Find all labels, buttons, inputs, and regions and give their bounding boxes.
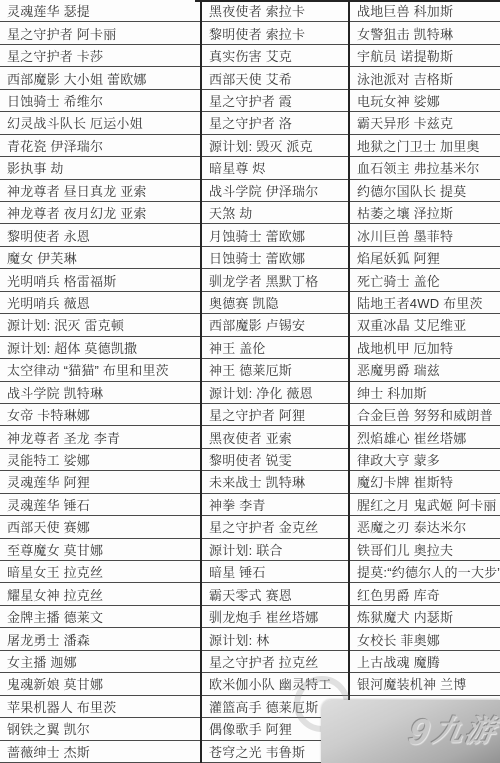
skin-name-cell: 蔷薇绅士 杰斯: [0, 741, 200, 763]
skin-name-text: 霸天零式 赛恩: [209, 585, 292, 604]
skin-name-cell: 太空律动 “猫猫” 布里和里茨: [0, 359, 200, 381]
skin-name-cell: 源计划: 净化 薇恩: [202, 382, 348, 404]
skin-name-text: 日蚀骑士 蕾欧娜: [209, 248, 305, 267]
skin-name-cell: 霸天异形 卡兹克: [350, 112, 500, 134]
skin-name-text: 女校长 菲奥娜: [357, 630, 440, 649]
skin-name-cell: 宇航员 诺提勒斯: [350, 45, 500, 67]
skin-name-text: 死亡骑士 盖伦: [357, 271, 440, 290]
skin-name-text: 电玩女神 娑娜: [357, 91, 440, 110]
skin-name-text: 天煞 劫: [209, 203, 252, 222]
skin-name-text: 神王 德莱厄斯: [209, 360, 292, 379]
skin-name-text: 血石领主 弗拉基米尔: [357, 158, 480, 177]
skin-name-text: 神龙尊者 圣龙 李青: [7, 428, 120, 447]
skin-name-cell: 源计划: 超体 莫德凯撒: [0, 337, 200, 359]
skin-name-cell: 西部魔影 大小姐 蕾欧娜: [0, 67, 200, 89]
skin-name-cell: 光明哨兵 薇恩: [0, 292, 200, 314]
skin-column-middle: 黑夜使者 索拉卡黎明使者 索拉卡真实伤害 艾克西部天使 艾希星之守护者 霞星之守…: [200, 0, 348, 763]
skin-name-text: 鬼魂新娘 莫甘娜: [7, 674, 103, 693]
skin-name-cell: 恶魔男爵 瑞兹: [350, 359, 500, 381]
skin-name-cell: 暗星女王 拉克丝: [0, 561, 200, 583]
skin-name-text: 星之守护者 拉克丝: [209, 652, 318, 671]
skin-name-cell: 提莫:“约德尔人的一大步”: [350, 561, 500, 583]
skin-name-text: 绅士 科加斯: [357, 383, 427, 402]
skin-name-text: 黎明使者 永恩: [7, 226, 90, 245]
skin-name-text: 黑夜使者 索拉卡: [209, 1, 305, 20]
skin-name-cell: 神龙尊者 夜月幻龙 亚索: [0, 202, 200, 224]
skin-name-cell: 苹果机器人 布里茨: [0, 696, 200, 718]
skin-name-cell: 冰川巨兽 墨菲特: [350, 224, 500, 246]
skin-name-text: 蔷薇绅士 杰斯: [7, 742, 90, 761]
skin-name-cell: 女警狙击 凯特琳: [350, 22, 500, 44]
skin-name-text: 陆地王者4WD 布里茨: [357, 293, 483, 312]
skin-name-cell: 合金巨兽 努努和威朗普: [350, 404, 500, 426]
skin-name-cell: 炼狱魔犬 内瑟斯: [350, 606, 500, 628]
skin-name-cell: 黎明使者 锐雯: [202, 449, 348, 471]
skin-name-text: 日蚀骑士 希维尔: [7, 91, 103, 110]
skin-name-text: 黎明使者 索拉卡: [209, 24, 305, 43]
skin-name-cell: 魔幻卡牌 崔斯特: [350, 471, 500, 493]
skin-name-text: 女主播 迦娜: [7, 652, 77, 671]
skin-name-cell: 金牌主播 德莱文: [0, 606, 200, 628]
skin-name-cell: 西部天使 艾希: [202, 67, 348, 89]
skin-name-text: 光明哨兵 格雷福斯: [7, 271, 116, 290]
skin-list-screenshot: 灵魂莲华 瑟提星之守护者 阿卡丽星之守护者 卡莎西部魔影 大小姐 蕾欧娜日蚀骑士…: [0, 0, 500, 763]
skin-name-text: 星之守护者 洛: [209, 113, 292, 132]
skin-name-cell: 神龙尊者 圣龙 李青: [0, 426, 200, 448]
skin-name-cell: 地狱之门卫士 加里奥: [350, 135, 500, 157]
skin-name-cell: 暗星尊 烬: [202, 157, 348, 179]
skin-name-text: 灵魂莲华 瑟提: [7, 1, 90, 20]
skin-name-cell: 腥红之月 鬼武姬 阿卡丽: [350, 494, 500, 516]
skin-name-text: 战斗学院 伊泽瑞尔: [209, 181, 318, 200]
skin-name-text: 驯龙炮手 崔丝塔娜: [209, 607, 318, 626]
skin-name-cell: 神王 盖伦: [202, 337, 348, 359]
skin-name-text: 暗星 锤石: [209, 562, 266, 581]
skin-name-cell: 霸天零式 赛恩: [202, 583, 348, 605]
skin-name-text: 奥德赛 凯隐: [209, 293, 279, 312]
skin-name-text: 源计划: 超体 莫德凯撒: [7, 338, 137, 357]
skin-name-text: 泳池派对 吉格斯: [357, 69, 453, 88]
skin-name-cell: 青花瓷 伊泽瑞尔: [0, 135, 200, 157]
skin-name-cell: 星之守护者 拉克丝: [202, 651, 348, 673]
skin-name-cell: 陆地王者4WD 布里茨: [350, 292, 500, 314]
skin-column-left: 灵魂莲华 瑟提星之守护者 阿卡丽星之守护者 卡莎西部魔影 大小姐 蕾欧娜日蚀骑士…: [0, 0, 200, 763]
skin-name-cell: 日蚀骑士 蕾欧娜: [202, 247, 348, 269]
skin-name-text: 金牌主播 德莱文: [7, 607, 103, 626]
skin-name-cell: 源计划: 毁灭 派克: [202, 135, 348, 157]
skin-name-text: 屠龙勇士 潘森: [7, 630, 90, 649]
skin-name-cell: 电玩女神 娑娜: [350, 90, 500, 112]
skin-name-text: 暗星尊 烬: [209, 158, 266, 177]
skin-name-text: 恶魔男爵 瑞兹: [357, 360, 440, 379]
skin-name-text: 焰尾妖狐 阿狸: [357, 248, 440, 267]
skin-name-text: 源计划: 净化 薇恩: [209, 383, 313, 402]
skin-name-text: 暗星女王 拉克丝: [7, 562, 103, 581]
skin-name-text: 神拳 李青: [209, 495, 266, 514]
skin-name-cell: 耀星女神 拉克丝: [0, 583, 200, 605]
skin-name-cell: 焰尾妖狐 阿狸: [350, 247, 500, 269]
skin-name-cell: 枯萎之壤 泽拉斯: [350, 202, 500, 224]
skin-name-text: 枯萎之壤 泽拉斯: [357, 203, 453, 222]
skin-name-cell: 女帝 卡特琳娜: [0, 404, 200, 426]
skin-name-cell: 钢铁之翼 凯尔: [0, 718, 200, 740]
skin-name-cell: 灵魂莲华 瑟提: [0, 0, 200, 22]
skin-name-text: 神龙尊者 夜月幻龙 亚索: [7, 203, 147, 222]
skin-name-cell: 死亡骑士 盖伦: [350, 269, 500, 291]
skin-name-text: 灵魂莲华 锤石: [7, 495, 90, 514]
skin-name-text: 灵能特工 娑娜: [7, 450, 90, 469]
skin-name-cell: 源计划: 林: [202, 628, 348, 650]
skin-name-text: 上古战魂 魔腾: [357, 652, 440, 671]
skin-name-cell: 绅士 科加斯: [350, 382, 500, 404]
skin-name-cell: 血石领主 弗拉基米尔: [350, 157, 500, 179]
skin-name-cell: 神王 德莱厄斯: [202, 359, 348, 381]
skin-name-text: 影执事 劫: [7, 158, 64, 177]
skin-name-text: 炼狱魔犬 内瑟斯: [357, 607, 453, 626]
skin-name-text: 战地巨兽 科加斯: [357, 1, 453, 20]
skin-name-cell: 日蚀骑士 希维尔: [0, 90, 200, 112]
skin-name-text: 战地机甲 厄加特: [357, 338, 453, 357]
skin-table: 灵魂莲华 瑟提星之守护者 阿卡丽星之守护者 卡莎西部魔影 大小姐 蕾欧娜日蚀骑士…: [0, 0, 500, 763]
skin-name-text: 幻灵战斗队长 厄运小姐: [7, 113, 143, 132]
skin-name-cell: 屠龙勇士 潘森: [0, 628, 200, 650]
skin-name-text: 耀星女神 拉克丝: [7, 585, 103, 604]
skin-name-cell: 灵魂莲华 阿狸: [0, 471, 200, 493]
skin-name-text: 星之守护者 金克丝: [209, 517, 318, 536]
skin-name-cell: 灵能特工 娑娜: [0, 449, 200, 471]
skin-name-cell: 恶魔之刃 泰达米尔: [350, 516, 500, 538]
skin-name-cell: 黑夜使者 亚索: [202, 426, 348, 448]
skin-name-cell: 铁哥们儿 奥拉夫: [350, 539, 500, 561]
9game-logo-mark: 9: [406, 714, 432, 750]
skin-name-text: 腥红之月 鬼武姬 阿卡丽: [357, 495, 497, 514]
skin-name-cell: 上古战魂 魔腾: [350, 651, 500, 673]
skin-name-cell: 星之守护者 霞: [202, 90, 348, 112]
skin-name-cell: 女主播 迦娜: [0, 651, 200, 673]
skin-name-cell: 光明哨兵 格雷福斯: [0, 269, 200, 291]
skin-name-cell: 星之守护者 洛: [202, 112, 348, 134]
9game-logo-text: 九游: [430, 717, 499, 747]
skin-name-cell: 泳池派对 吉格斯: [350, 67, 500, 89]
skin-name-text: 银河魔装机神 兰博: [357, 674, 466, 693]
skin-name-cell: 幻灵战斗队长 厄运小姐: [0, 112, 200, 134]
skin-name-text: 双重冰晶 艾尼维亚: [357, 315, 466, 334]
skin-name-text: 苍穹之光 韦鲁斯: [209, 742, 305, 761]
skin-name-cell: 神拳 李青: [202, 494, 348, 516]
skin-name-cell: 奥德赛 凯隐: [202, 292, 348, 314]
skin-name-text: 恶魔之刃 泰达米尔: [357, 517, 466, 536]
skin-name-cell: 魔女 伊芙琳: [0, 247, 200, 269]
skin-name-text: 真实伤害 艾克: [209, 46, 292, 65]
skin-name-text: 源计划: 泯灭 雷克顿: [7, 315, 124, 334]
skin-name-text: 光明哨兵 薇恩: [7, 293, 90, 312]
skin-name-text: 提莫:“约德尔人的一大步”: [357, 562, 500, 581]
skin-name-cell: 律政大亨 蒙多: [350, 449, 500, 471]
skin-name-text: 西部魔影 大小姐 蕾欧娜: [7, 69, 147, 88]
skin-name-text: 宇航员 诺提勒斯: [357, 46, 453, 65]
skin-name-text: 女帝 卡特琳娜: [7, 405, 90, 424]
skin-name-cell: 战地巨兽 科加斯: [350, 0, 500, 22]
skin-name-text: 至尊魔女 莫甘娜: [7, 540, 103, 559]
skin-name-text: 星之守护者 阿卡丽: [7, 24, 116, 43]
skin-name-text: 铁哥们儿 奥拉夫: [357, 540, 453, 559]
skin-name-cell: 星之守护者 阿卡丽: [0, 22, 200, 44]
skin-name-cell: 至尊魔女 莫甘娜: [0, 539, 200, 561]
skin-name-cell: 战斗学院 凯特琳: [0, 382, 200, 404]
skin-name-text: 未来战士 凯特琳: [209, 472, 305, 491]
skin-name-cell: 暗星 锤石: [202, 561, 348, 583]
skin-name-text: 太空律动 “猫猫” 布里和里茨: [7, 360, 169, 379]
skin-name-text: 黑夜使者 亚索: [209, 428, 292, 447]
skin-name-cell: 红色男爵 库奇: [350, 583, 500, 605]
skin-name-text: 源计划: 林: [209, 630, 269, 649]
skin-name-text: 合金巨兽 努努和威朗普: [357, 405, 493, 424]
skin-name-text: 霸天异形 卡兹克: [357, 113, 453, 132]
skin-name-text: 星之守护者 阿狸: [209, 405, 305, 424]
skin-name-text: 神王 盖伦: [209, 338, 266, 357]
skin-name-text: 女警狙击 凯特琳: [357, 24, 453, 43]
skin-name-text: 律政大亨 蒙多: [357, 450, 440, 469]
skin-name-text: 源计划: 联合: [209, 540, 283, 559]
skin-name-cell: 源计划: 联合: [202, 539, 348, 561]
skin-name-cell: 驯龙炮手 崔丝塔娜: [202, 606, 348, 628]
skin-name-text: 星之守护者 卡莎: [7, 46, 103, 65]
skin-name-cell: 灵魂莲华 锤石: [0, 494, 200, 516]
skin-name-cell: 战地机甲 厄加特: [350, 337, 500, 359]
skin-name-cell: 神龙尊者 昼日真龙 亚索: [0, 180, 200, 202]
skin-name-text: 源计划: 毁灭 派克: [209, 136, 313, 155]
9game-logo-icon: 9 九游: [406, 714, 500, 750]
skin-name-cell: 战斗学院 伊泽瑞尔: [202, 180, 348, 202]
skin-name-text: 魔幻卡牌 崔斯特: [357, 472, 453, 491]
skin-name-text: 青花瓷 伊泽瑞尔: [7, 136, 103, 155]
skin-name-text: 钢铁之翼 凯尔: [7, 719, 90, 738]
skin-name-text: 灵魂莲华 阿狸: [7, 472, 90, 491]
skin-name-cell: 西部天使 赛娜: [0, 516, 200, 538]
skin-name-cell: 星之守护者 卡莎: [0, 45, 200, 67]
skin-name-cell: 源计划: 泯灭 雷克顿: [0, 314, 200, 336]
skin-name-cell: 月蚀骑士 蕾欧娜: [202, 224, 348, 246]
skin-name-text: 驯龙学者 黑默丁格: [209, 271, 318, 290]
skin-name-text: 地狱之门卫士 加里奥: [357, 136, 480, 155]
skin-name-text: 魔女 伊芙琳: [7, 248, 77, 267]
skin-column-right: 战地巨兽 科加斯女警狙击 凯特琳宇航员 诺提勒斯泳池派对 吉格斯电玩女神 娑娜霸…: [348, 0, 500, 763]
watermark-band: 9 九游: [321, 700, 500, 763]
skin-name-cell: 黑夜使者 索拉卡: [202, 0, 348, 22]
skin-name-cell: 星之守护者 阿狸: [202, 404, 348, 426]
skin-name-cell: 星之守护者 金克丝: [202, 516, 348, 538]
skin-name-cell: 黎明使者 索拉卡: [202, 22, 348, 44]
skin-name-cell: 银河魔装机神 兰博: [350, 673, 500, 695]
skin-name-cell: 未来战士 凯特琳: [202, 471, 348, 493]
skin-name-cell: 驯龙学者 黑默丁格: [202, 269, 348, 291]
skin-name-text: 约德尔国队长 提莫: [357, 181, 466, 200]
skin-name-cell: 黎明使者 永恩: [0, 224, 200, 246]
skin-name-text: 西部魔影 卢锡安: [209, 315, 305, 334]
skin-name-text: 战斗学院 凯特琳: [7, 383, 103, 402]
skin-name-cell: 女校长 菲奥娜: [350, 628, 500, 650]
skin-name-cell: 约德尔国队长 提莫: [350, 180, 500, 202]
skin-name-text: 苹果机器人 布里茨: [7, 697, 116, 716]
skin-name-cell: 天煞 劫: [202, 202, 348, 224]
skin-name-text: 黎明使者 锐雯: [209, 450, 292, 469]
table-top-border: [195, 0, 500, 2]
skin-name-cell: 双重冰晶 艾尼维亚: [350, 314, 500, 336]
skin-name-text: 西部天使 艾希: [209, 69, 292, 88]
skin-name-cell: 真实伤害 艾克: [202, 45, 348, 67]
skin-name-text: 红色男爵 库奇: [357, 585, 440, 604]
skin-name-cell: 鬼魂新娘 莫甘娜: [0, 673, 200, 695]
skin-name-cell: 西部魔影 卢锡安: [202, 314, 348, 336]
skin-name-text: 月蚀骑士 蕾欧娜: [209, 226, 305, 245]
skin-name-text: 偶像歌手 阿狸: [209, 719, 292, 738]
skin-name-text: 烈焰雄心 崔丝塔娜: [357, 428, 466, 447]
skin-name-text: 冰川巨兽 墨菲特: [357, 226, 453, 245]
skin-name-cell: 影执事 劫: [0, 157, 200, 179]
skin-name-cell: 烈焰雄心 崔丝塔娜: [350, 426, 500, 448]
skin-name-text: 星之守护者 霞: [209, 91, 292, 110]
skin-name-text: 西部天使 赛娜: [7, 517, 90, 536]
skin-name-text: 神龙尊者 昼日真龙 亚索: [7, 181, 147, 200]
